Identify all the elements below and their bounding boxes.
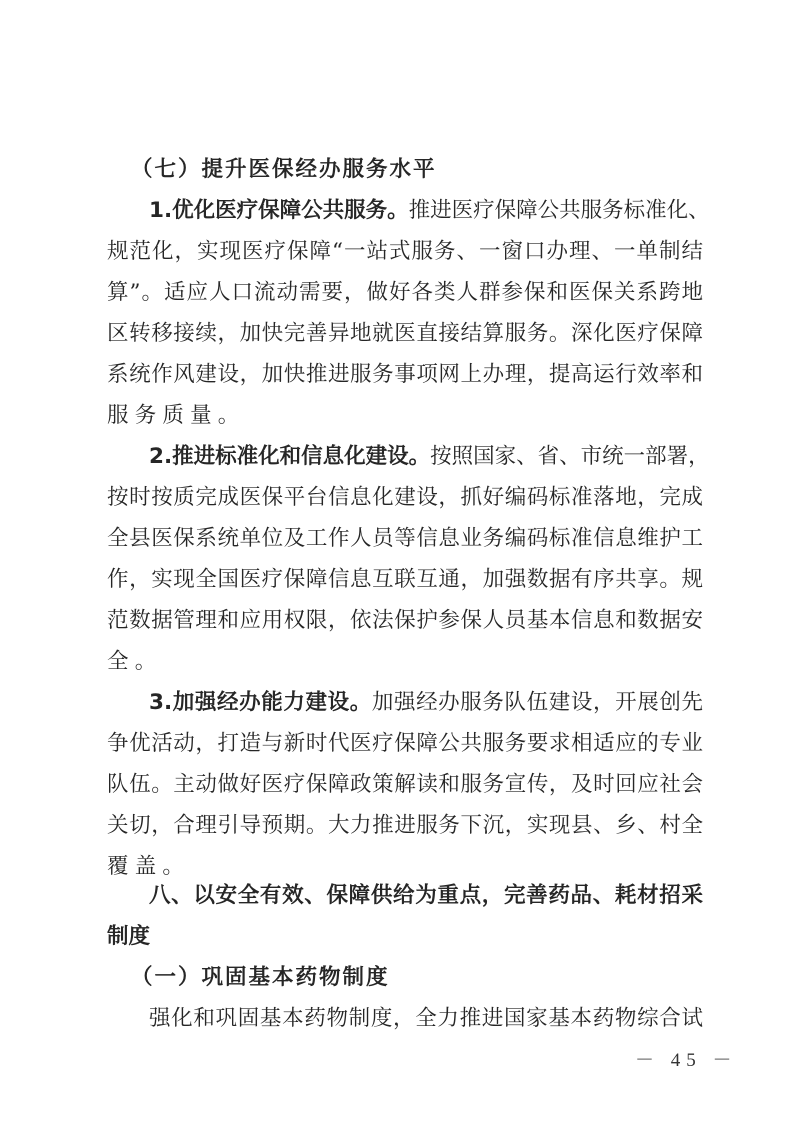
section-heading: （七）提升医保经办服务水平: [131, 149, 685, 190]
paragraph-line: 范数据管理和应用权限，依法保护参保人员基本信息和数据安: [107, 600, 703, 641]
chapter-heading-line: 八、以安全有效、保障供给为重点，完善药品、耗材招采: [149, 875, 703, 916]
paragraph-line: 队伍。主动做好医疗保障政策解读和服务宣传，及时回应社会: [107, 764, 703, 805]
document-page: （七）提升医保经办服务水平 1.优化医疗保障公共服务。推进医疗保障公共服务标准化…: [0, 0, 793, 1122]
paragraph-text: 加强经办服务队伍建设，开展创先: [372, 690, 703, 715]
paragraph-line: 全县医保系统单位及工作人员等信息业务编码标准信息维护工: [107, 518, 703, 559]
paragraph-first-line: 3.加强经办能力建设。加强经办服务队伍建设，开展创先: [149, 682, 703, 723]
item-title: 3.加强经办能力建设。: [149, 690, 372, 715]
paragraph-line: 关切，合理引导预期。大力推进服务下沉，实现县、乡、村全: [107, 805, 703, 846]
paragraph-line: 作，实现全国医疗保障信息互联互通，加强数据有序共享。规: [107, 559, 703, 600]
paragraph-first-line: 2.推进标准化和信息化建设。按照国家、省、市统一部署，: [149, 436, 703, 477]
paragraph-line: 算”。适应人口流动需要，做好各类人群参保和医保关系跨地: [107, 272, 703, 313]
item-title: 1.优化医疗保障公共服务。: [149, 198, 409, 223]
paragraph-line: 规范化，实现医疗保障“一站式服务、一窗口办理、一单制结: [107, 231, 703, 272]
paragraph-first-line: 强化和巩固基本药物制度，全力推进国家基本药物综合试: [149, 998, 703, 1039]
paragraph-line: 争优活动，打造与新时代医疗保障公共服务要求相适应的专业: [107, 723, 703, 764]
paragraph-line: 全。: [107, 641, 703, 682]
subsection-heading: （一）巩固基本药物制度: [131, 957, 685, 998]
paragraph-first-line: 1.优化医疗保障公共服务。推进医疗保障公共服务标准化、: [149, 190, 703, 231]
page-number: － 45 －: [635, 1045, 738, 1072]
paragraph-text: 推进医疗保障公共服务标准化、: [409, 198, 710, 223]
paragraph-line: 服务质量。: [107, 395, 703, 436]
paragraph-line: 区转移接续，加快完善异地就医直接结算服务。深化医疗保障: [107, 313, 703, 354]
item-title: 2.推进标准化和信息化建设。: [149, 444, 430, 469]
chapter-heading-line: 制度: [107, 916, 703, 957]
paragraph-line: 系统作风建设，加快推进服务事项网上办理，提高运行效率和: [107, 354, 703, 395]
paragraph-line: 按时按质完成医保平台信息化建设，抓好编码标准落地，完成: [107, 477, 703, 518]
paragraph-text: 按照国家、省、市统一部署，: [430, 444, 710, 469]
